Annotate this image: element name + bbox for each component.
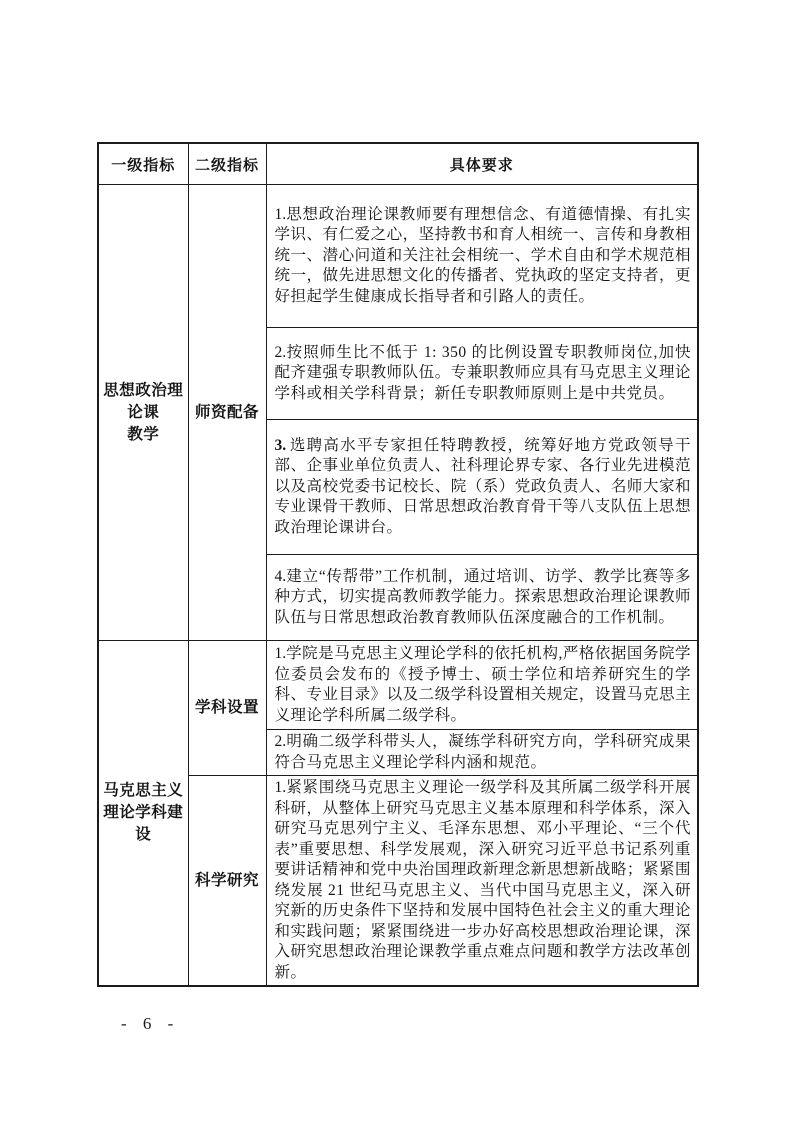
level1-cell-marxist-discipline-construction: 马克思主义 理论学科建 设: [98, 641, 188, 987]
requirement-number: 1.: [275, 645, 287, 662]
table-row: 科学研究 1.紧紧围绕马克思主义理论一级学科及其所属二级学科开展科研，从整体上研…: [98, 776, 698, 987]
level2-cell-scientific-research: 科学研究: [188, 776, 266, 987]
table-row: 马克思主义 理论学科建 设 学科设置 1.学院是马克思主义理论学科的依托机构,严…: [98, 641, 698, 730]
col-header-level2: 二级指标: [188, 143, 266, 185]
requirement-cell: 3.选聘高水平专家担任特聘教授，统筹好地方党政领导干部、企事业单位负责人、社科理…: [266, 420, 698, 555]
requirement-number: 3.: [275, 437, 287, 454]
requirement-number: 2.: [275, 344, 287, 361]
document-page: 一级指标 二级指标 具体要求 思想政治理 论课 教学 师资配备 1.思想政治理论…: [0, 0, 793, 1122]
requirement-cell: 1.思想政治理论课教师要有理想信念、有道德情操、有扎实学识、有仁爱之心，坚持教书…: [266, 185, 698, 328]
header-row: 一级指标 二级指标 具体要求: [98, 143, 698, 185]
requirement-text: 按照师生比不低于 1: 350 的比例设置专职教师岗位,加快配齐建强专职教师队伍…: [275, 344, 692, 402]
indicator-table: 一级指标 二级指标 具体要求 思想政治理 论课 教学 师资配备 1.思想政治理论…: [97, 142, 699, 987]
requirement-cell: 2.明确二级学科带头人，凝练学科研究方向，学科研究成果符合马克思主义理论学科内涵…: [266, 730, 698, 776]
level2-cell-discipline-setup: 学科设置: [188, 641, 266, 776]
requirement-cell: 4.建立“传帮带”工作机制，通过培训、访学、教学比赛等多种方式，切实提高教师教学…: [266, 555, 698, 641]
requirement-text: 明确二级学科带头人，凝练学科研究方向，学科研究成果符合马克思主义理论学科内涵和规…: [275, 733, 692, 771]
requirement-cell: 1.紧紧围绕马克思主义理论一级学科及其所属二级学科开展科研，从整体上研究马克思主…: [266, 776, 698, 987]
level2-cell-teacher-staffing: 师资配备: [188, 185, 266, 641]
requirement-text: 思想政治理论课教师要有理想信念、有道德情操、有扎实学识、有仁爱之心，坚持教书和育…: [275, 206, 692, 305]
col-header-level1: 一级指标: [98, 143, 188, 185]
requirement-text: 建立“传帮带”工作机制，通过培训、访学、教学比赛等多种方式，切实提高教师教学能力…: [275, 568, 692, 626]
requirement-text: 选聘高水平专家担任特聘教授，统筹好地方党政领导干部、企事业单位负责人、社科理论界…: [275, 437, 692, 536]
requirement-text: 学院是马克思主义理论学科的依托机构,严格依据国务院学位委员会发布的《授予博士、硕…: [275, 645, 692, 724]
page-number: - 6 -: [121, 1014, 179, 1034]
requirement-number: 4.: [275, 568, 287, 585]
requirement-text: 紧紧围绕马克思主义理论一级学科及其所属二级学科开展科研，从整体上研究马克思主义基…: [275, 779, 692, 981]
requirement-number: 1.: [275, 206, 287, 223]
requirement-cell: 2.按照师生比不低于 1: 350 的比例设置专职教师岗位,加快配齐建强专职教师…: [266, 328, 698, 420]
col-header-requirements: 具体要求: [266, 143, 698, 185]
table-row: 思想政治理 论课 教学 师资配备 1.思想政治理论课教师要有理想信念、有道德情操…: [98, 185, 698, 328]
requirement-number: 2.: [275, 733, 287, 750]
level1-cell-ideological-course-teaching: 思想政治理 论课 教学: [98, 185, 188, 641]
requirement-cell: 1.学院是马克思主义理论学科的依托机构,严格依据国务院学位委员会发布的《授予博士…: [266, 641, 698, 730]
requirement-number: 1.: [275, 779, 287, 796]
